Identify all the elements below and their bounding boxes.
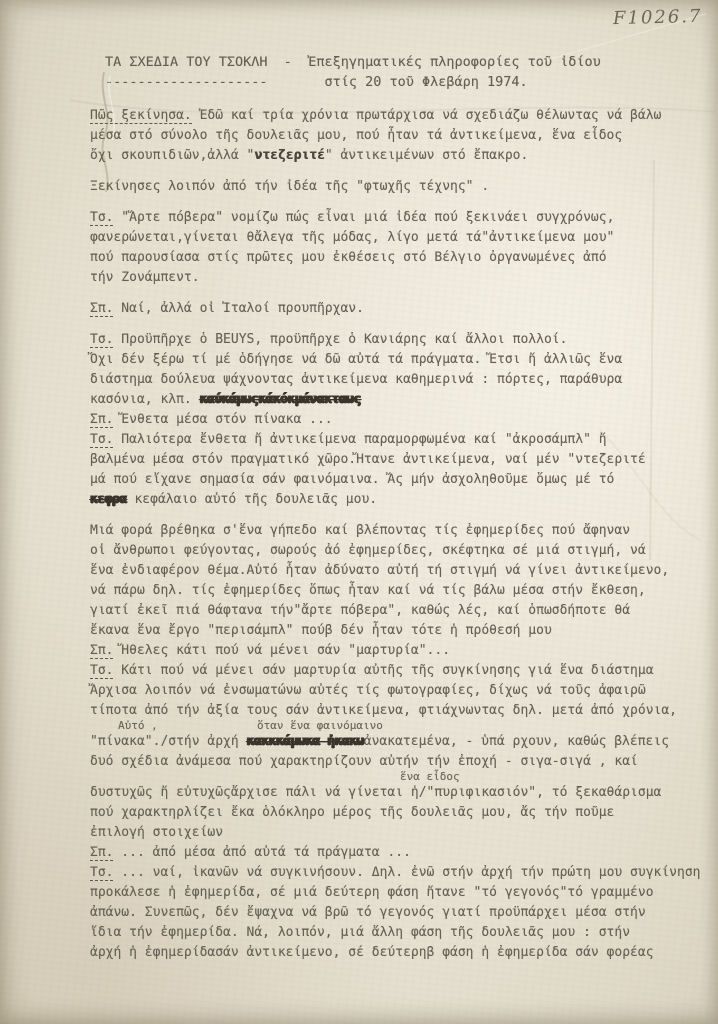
typewritten-line: κεφρα κεφάλαιο αὐτό τῆς δουλειᾶς μου.: [90, 490, 718, 510]
speaker-label: Σπ.: [90, 412, 113, 428]
typewritten-line: νά πάρω δηλ. τίς ἐφημερίδες ὅπως ἦταν κα…: [90, 581, 718, 601]
speaker-label: Τσ.: [90, 663, 113, 679]
typewritten-line: ἀρχή ἡ ἐφημερίδασάν ἀντικείμενο, σέ δεύτ…: [90, 943, 718, 963]
text-segment: φανερώνεται,γίνεται θἄλεγα τῆς μόδας, λί…: [90, 230, 614, 245]
typewritten-line: δυστυχῶς ἤ εὐτυχῶςἄρχισε πάλι νά γίνεται…: [90, 783, 718, 803]
typewritten-line: δυό σχέδια ἀνάμεσα πού χαρακτηρίζουν αὐτ…: [90, 752, 718, 772]
text-segment: μέσα στό σύνολο τῆς δουλειᾶς μου, πού ἦτ…: [90, 128, 622, 143]
typewritten-line: Τσ. Προϋπῆρχε ὁ BEUYS, προϋπῆρχε ὁ Κανιά…: [90, 330, 718, 350]
text-segment: ἀνακατεμένα, - ὑπά ρχουν, καθώς βλέπεις: [364, 734, 669, 749]
text-segment: ὄχι σκουπιδιῶν,ἀλλά ": [90, 148, 254, 163]
typewritten-line: οἱ ἄνθρωποι φεύγοντας, σωρούς ἀό ἐφημερί…: [90, 541, 718, 561]
text-segment: γιατί ἐκεῖ πιά θάφτανα τήν"ἄρτε πόβερα",…: [90, 603, 630, 618]
text-segment: Ἄρχισα λοιπόν νά ἐνσωματώνω αὐτές τίς φω…: [90, 683, 646, 698]
text-segment: τήν Ζονάμπεντ.: [90, 270, 200, 285]
typewritten-line: Σπ. Ἤθελες κάτι πού νά μένει σάν "μαρτυρ…: [90, 641, 718, 661]
typewritten-line: βαλμένα μέσα στόν πραγματικό χῶρο.Ἤτανε …: [90, 450, 718, 470]
typewritten-line: Μιά φορά βρέθηκα σ'ἕνα γήπεδο καί βλέπον…: [90, 521, 718, 541]
text-segment: δυό σχέδια ἀνάμεσα πού χαρακτηρίζουν αὐτ…: [90, 754, 638, 769]
text-segment: Αὐτό ,: [118, 720, 158, 732]
text-segment: Μιά φορά βρέθηκα σ'ἕνα γήπεδο καί βλέπον…: [90, 523, 630, 538]
document-header: ΤΑ ΣΧΕΔΙΑ ΤΟΥ ΤΣΟΚΛΗ - Ἐπεξηγηματικές πλ…: [0, 0, 718, 92]
typewritten-line: προκάλεσε ἡ ἐφημερίδα, σέ μιά δεύτερη φά…: [90, 883, 718, 903]
speaker-label: Τσ.: [90, 432, 113, 448]
text-segment: Κάτι πού νά μένει σάν μαρτυρία αὐτῆς τῆς…: [113, 663, 653, 678]
typewritten-line: Πῶς ξεκίνησα. Ἐδῶ καί τρία χρόνια πρωτάρ…: [90, 106, 718, 126]
interline-insertion: ἕνα εἶδος: [90, 771, 718, 783]
text-segment: κεφάλαιο αὐτό τῆς δουλειᾶς μου.: [127, 492, 377, 507]
text-segment: ἕνα ἐνδιαφέρον θέμα.Αὐτό ἦταν ἀδύνατο αὐ…: [90, 563, 669, 578]
text-segment: Ἐδῶ καί τρία χρόνια πρωτάρχισα νά σχεδιά…: [192, 108, 662, 123]
text-segment: ἕνα εἶδος: [400, 771, 460, 783]
typewritten-line: Τσ. "Ἄρτε πόβερα" νομίζω πώς εἶναι μιά ἰ…: [90, 208, 718, 228]
overtyped-strikeout: κακκκάμωκα ἠκακω: [247, 734, 364, 749]
speaker-label: Σπ.: [90, 643, 113, 659]
text-segment: προκάλεσε ἡ ἐφημερίδα, σέ μιά δεύτερη φά…: [90, 885, 654, 900]
text-segment: "πίνακα"./στήν ἀρχή: [90, 734, 247, 749]
text-segment: μά πού εἴχανε σημασία σάν φαινόμαινα. Ἄς…: [90, 472, 614, 487]
typewritten-line: Τσ. Παλιότερα ἔνθετα ἤ ἀντικείμενα παραμ…: [90, 430, 718, 450]
text-segment: κασόνια, κλπ.: [90, 392, 200, 407]
typewritten-line: μέσα στό σύνολο τῆς δουλειᾶς μου, πού ἦτ…: [90, 126, 718, 146]
text-segment: πού παρουσίασα στίς πρῶτες μου ἐκθέσεις …: [90, 250, 607, 265]
typewritten-line: ὄχι σκουπιδιῶν,ἀλλά "ντεζεριτέ" ἀντικειμ…: [90, 146, 718, 166]
document-page: F1026.7 ΤΑ ΣΧΕΔΙΑ ΤΟΥ ΤΣΟΚΛΗ - Ἐπεξηγημα…: [0, 0, 718, 1024]
text-segment: πού χαρακτηρλίζει ἔκα ὁλόκληρο μέρος τῆς…: [90, 805, 614, 820]
typewritten-line: διάστημα δούλευα ψάχνοντας ἀντικείμενα κ…: [90, 370, 718, 390]
text-segment: Παλιότερα ἔνθετα ἤ ἀντικείμενα παραμορφω…: [113, 432, 606, 447]
typewritten-line: γιατί ἐκεῖ πιά θάφτανα τήν"ἄρτε πόβερα",…: [90, 601, 718, 621]
text-segment: " ἀντικειμένων στό ἔπακρο.: [325, 148, 529, 163]
text-segment: ἐπιλογή στοιχείων: [90, 825, 223, 840]
text-segment: βαλμένα μέσα στόν πραγματικό χῶρο.Ἤτανε …: [90, 452, 646, 467]
speaker-label: Σπ.: [90, 845, 113, 861]
typewritten-line: Ὄχι δέν ξέρω τί μέ ὁδήγησε νά δῶ αὐτά τά…: [90, 350, 718, 370]
text-segment: Ναί, ἀλλά οἱ Ἰταλοί προυπῆρχαν.: [113, 301, 363, 316]
typewritten-line: Τσ. Κάτι πού νά μένει σάν μαρτυρία αὐτῆς…: [90, 661, 718, 681]
text-segment: νά πάρω δηλ. τίς ἐφημερίδες ὅπως ἦταν κα…: [90, 583, 646, 598]
typewritten-line: Σπ. Ἔνθετα μέσα στόν πίνακα ...: [90, 410, 718, 430]
interline-insertion: Αὐτό ,ὅταν ἕνα φαινόμαινο: [90, 720, 718, 732]
speaker-label: Τσ.: [90, 332, 113, 348]
text-segment: οἱ ἄνθρωποι φεύγοντας, σωρούς ἀό ἐφημερί…: [90, 543, 646, 558]
typewritten-line: φανερώνεται,γίνεται θἄλεγα τῆς μόδας, λί…: [90, 228, 718, 248]
text-segment: ὅταν ἕνα φαινόμαινο: [257, 720, 383, 732]
text-segment: ... ναί, ἱκανῶν νά συγκινήσουν. Δηλ. ἐνῶ…: [113, 865, 700, 880]
text-segment: δυστυχῶς ἤ εὐτυχῶςἄρχισε πάλι νά γίνεται…: [90, 785, 661, 800]
text-segment: ... ἀπό μέσα ἀπό αὐτά τά πράγματα ...: [113, 845, 410, 860]
overtyped-strikeout: κεφρα: [90, 492, 127, 507]
text-segment: ἔκανα ἕνα ἔργο "περισάμπλ" πούβ δέν ἦταν…: [90, 623, 552, 638]
overtyped-strikeout: καύκάμωςκάκόκμάνακταως: [200, 392, 361, 407]
typewritten-line: ἔκανα ἕνα ἔργο "περισάμπλ" πούβ δέν ἦταν…: [90, 621, 718, 641]
text-segment: διάστημα δούλευα ψάχνοντας ἀντικείμενα κ…: [90, 372, 622, 387]
speaker-label: Σπ.: [90, 301, 113, 317]
typewritten-line: ἕνα ἐνδιαφέρον θέμα.Αὐτό ἦταν ἀδύνατο αὐ…: [90, 561, 718, 581]
text-segment: Ξεκίνησες λοιπόν ἀπό τήν ἰδέα τῆς "φτωχῆ…: [90, 179, 489, 194]
text-segment: Ἤθελες κάτι πού νά μένει σάν "μαρτυρία".…: [113, 643, 450, 658]
typewritten-line: Σπ. Ναί, ἀλλά οἱ Ἰταλοί προυπῆρχαν.: [90, 299, 718, 319]
speaker-label: Τσ.: [90, 865, 113, 881]
text-segment: ἴδια τήν ἐφημερίδα. Νά, λοιπόν, μιά ἄλλη…: [90, 925, 630, 940]
text-segment: τίποτα ἀπό τήν ἀξία τους σάν ἀντικείμενα…: [90, 703, 677, 718]
underlined-text: Πῶς ξεκίνησα.: [90, 108, 192, 124]
text-segment: ἀρχή ἡ ἐφημερίδασάν ἀντικείμενο, σέ δεύτ…: [90, 945, 654, 960]
typewritten-line: κασόνια, κλπ. καύκάμωςκάκόκμάνακταως: [90, 390, 718, 410]
document-body: Πῶς ξεκίνησα. Ἐδῶ καί τρία χρόνια πρωτάρ…: [0, 92, 718, 963]
typewritten-line: τίποτα ἀπό τήν ἀξία τους σάν ἀντικείμενα…: [90, 701, 718, 721]
text-segment: ἀπάνω. Συνεπῶς, δέν ἔψαχνα νά βρῶ τό γεγ…: [90, 905, 646, 920]
typewritten-line: Ἄρχισα λοιπόν νά ἐνσωματώνω αὐτές τίς φω…: [90, 681, 718, 701]
typewritten-line: Σπ. ... ἀπό μέσα ἀπό αὐτά τά πράγματα ..…: [90, 843, 718, 863]
title-underline-and-date-line: -------------------- στίς 20 τοῦ Φλεβάρη…: [105, 72, 718, 92]
typewritten-line: ἴδια τήν ἐφημερίδα. Νά, λοιπόν, μιά ἄλλη…: [90, 923, 718, 943]
text-segment: Ὄχι δέν ξέρω τί μέ ὁδήγησε νά δῶ αὐτά τά…: [90, 352, 622, 367]
typewritten-line: "πίνακα"./στήν ἀρχή κακκκάμωκα ἠκακωἀνακ…: [90, 732, 718, 752]
typewritten-line: μά πού εἴχανε σημασία σάν φαινόμαινα. Ἄς…: [90, 470, 718, 490]
typewritten-line: Ξεκίνησες λοιπόν ἀπό τήν ἰδέα τῆς "φτωχῆ…: [90, 177, 718, 197]
typewritten-line: πού χαρακτηρλίζει ἔκα ὁλόκληρο μέρος τῆς…: [90, 803, 718, 823]
text-segment: Ἔνθετα μέσα στόν πίνακα ...: [113, 412, 332, 427]
typewritten-line: ἐπιλογή στοιχείων: [90, 823, 718, 843]
text-segment: "Ἄρτε πόβερα" νομίζω πώς εἶναι μιά ἰδέα …: [113, 210, 614, 225]
document-title-line: ΤΑ ΣΧΕΔΙΑ ΤΟΥ ΤΣΟΚΛΗ - Ἐπεξηγηματικές πλ…: [105, 52, 718, 72]
typewritten-line: ἀπάνω. Συνεπῶς, δέν ἔψαχνα νά βρῶ τό γεγ…: [90, 903, 718, 923]
typewritten-line: τήν Ζονάμπεντ.: [90, 268, 718, 288]
typewritten-line: Τσ. ... ναί, ἱκανῶν νά συγκινήσουν. Δηλ.…: [90, 863, 718, 883]
speaker-label: Τσ.: [90, 210, 113, 226]
text-segment: ντεζεριτέ: [254, 148, 324, 163]
typewritten-line: πού παρουσίασα στίς πρῶτες μου ἐκθέσεις …: [90, 248, 718, 268]
catalog-number: F1026.7: [612, 6, 702, 29]
text-segment: Προϋπῆρχε ὁ BEUYS, προϋπῆρχε ὁ Κανιάρης …: [113, 332, 567, 347]
